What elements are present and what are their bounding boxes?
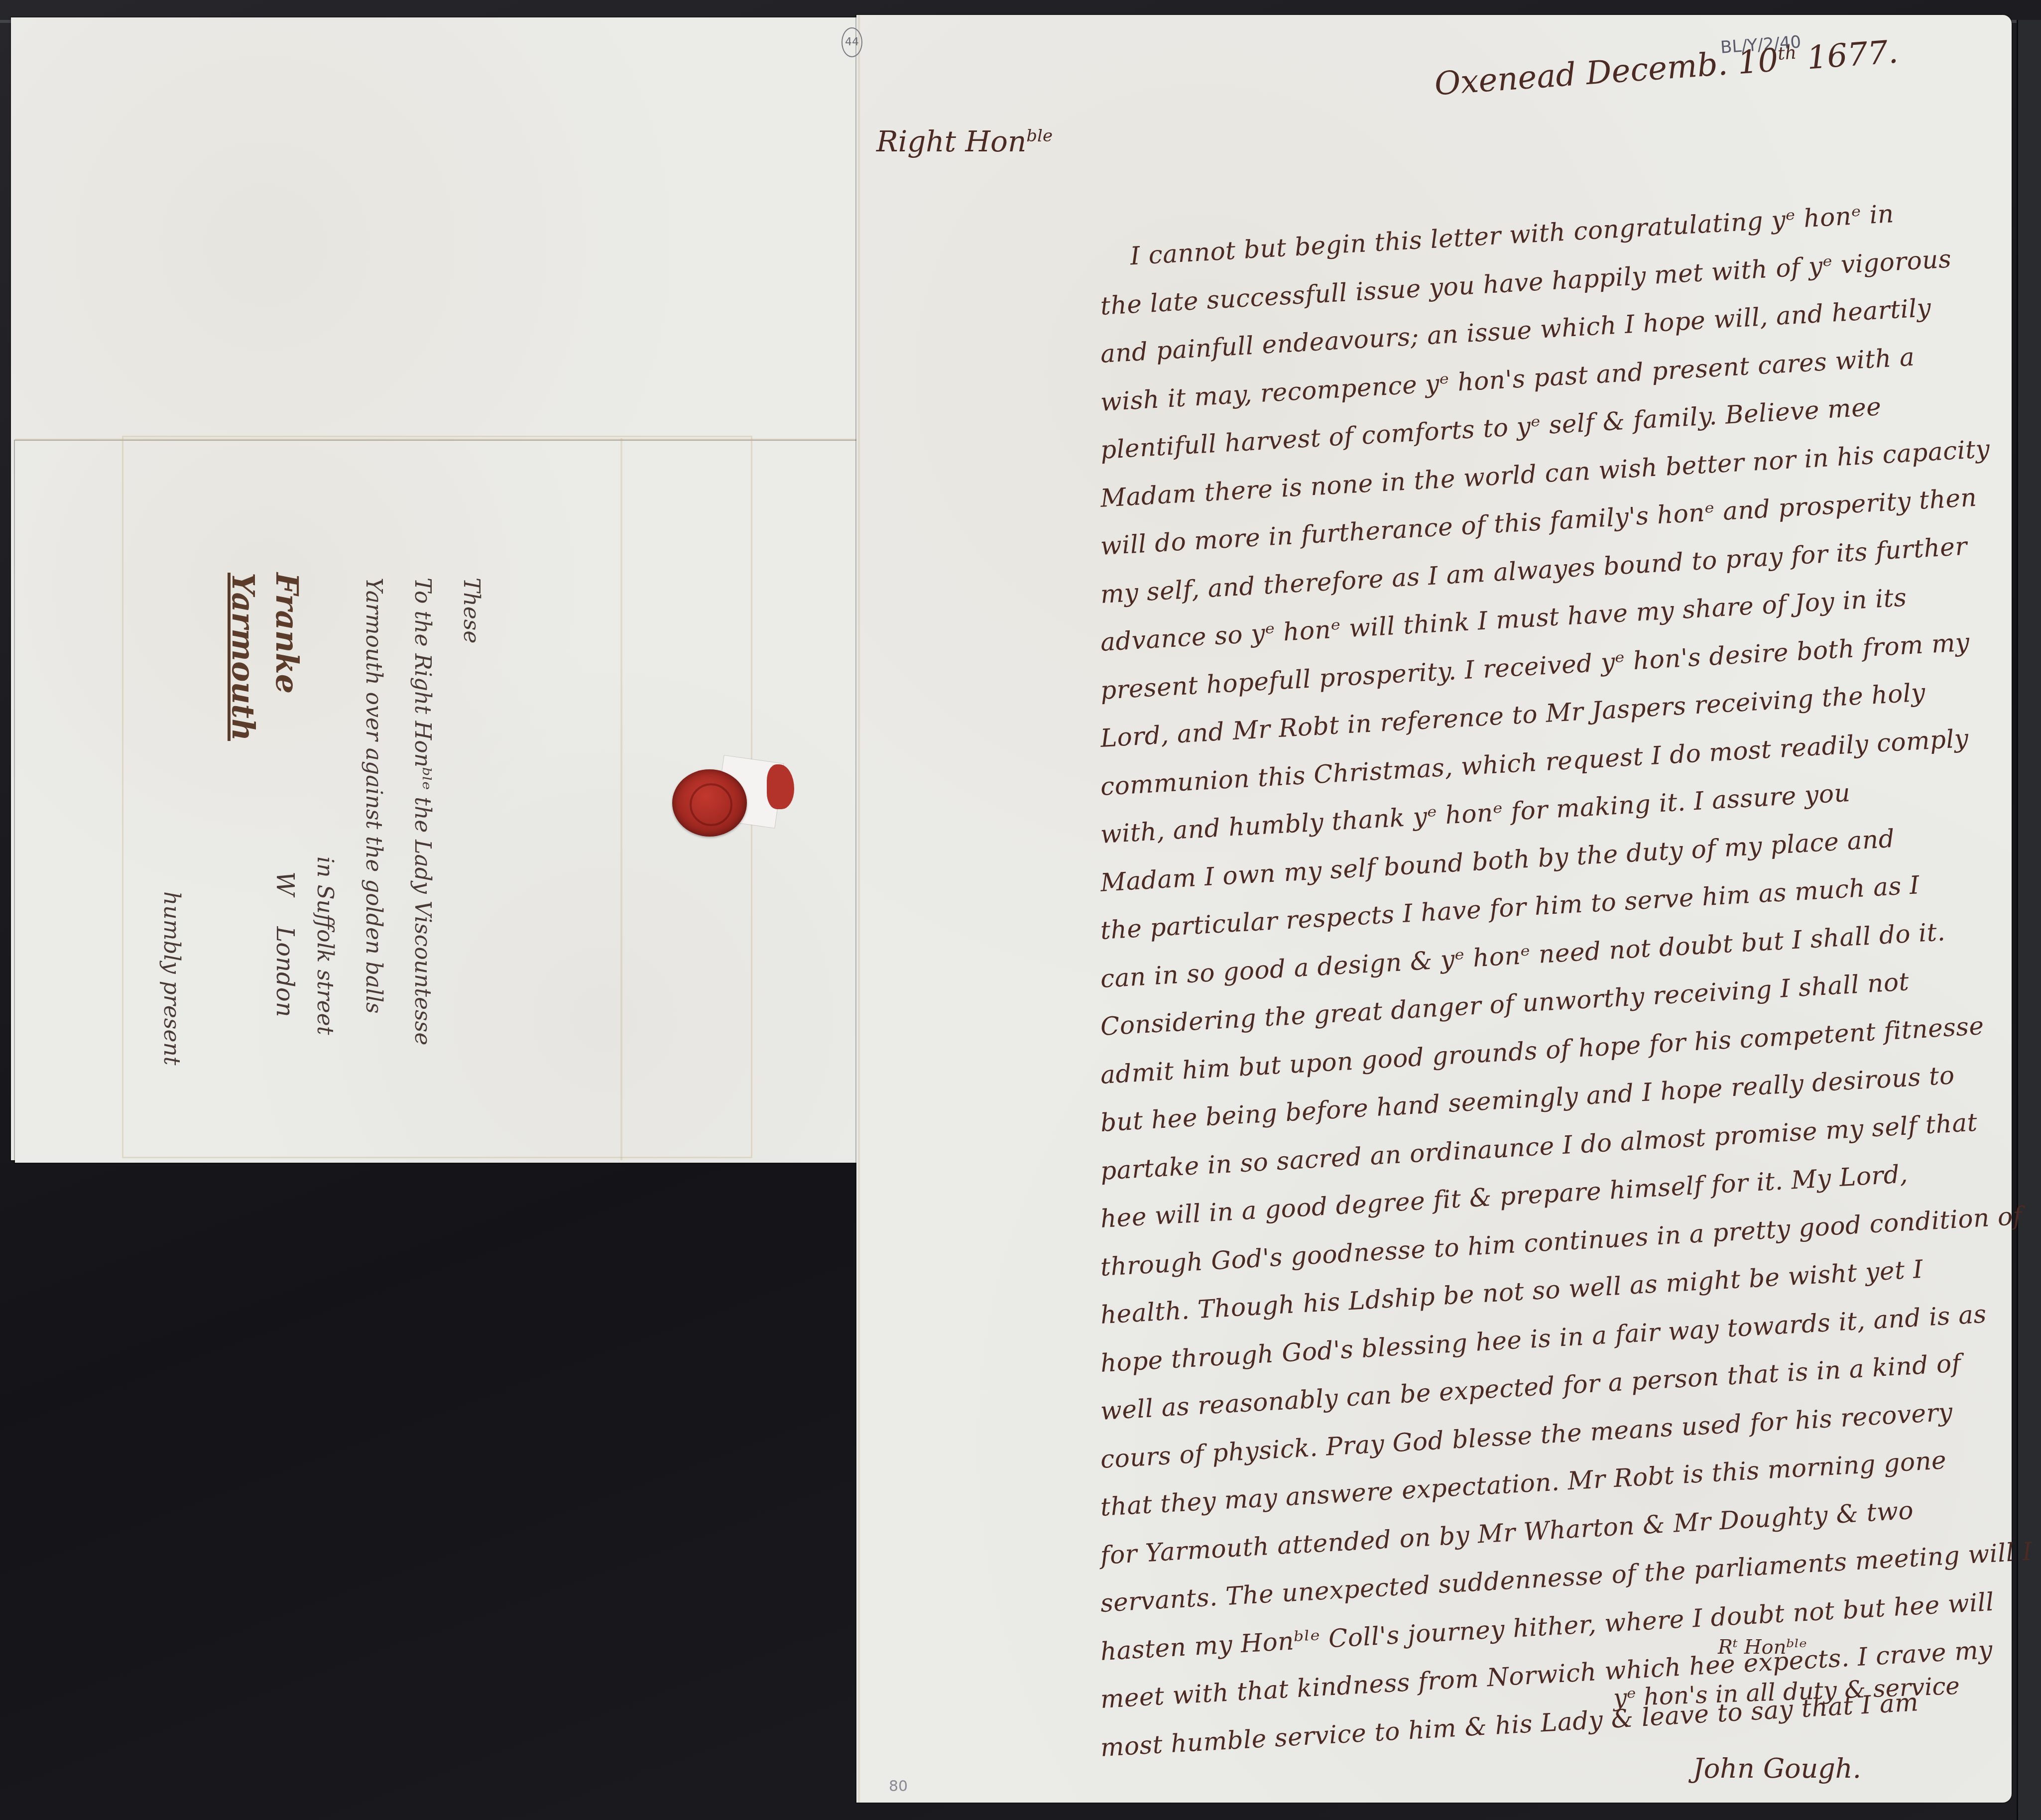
address-line: To the Right Honᵇˡᵉ the Lady Viscountess… <box>398 578 447 1045</box>
closing-honorific: Rᵗ Honᵇˡᵉ <box>1718 1636 1807 1659</box>
frank-signature: Franke Yarmouth <box>221 573 309 741</box>
address-block: These To the Right Honᵇˡᵉ the Lady Visco… <box>300 578 495 1045</box>
marginal-initial: W <box>271 871 299 896</box>
address-line: These <box>447 578 495 1045</box>
address-line: Yarmouth over against the golden balls <box>349 578 398 1045</box>
salutation-suffix: ble <box>1026 126 1053 146</box>
london-text: London <box>271 926 299 1017</box>
closing: Rᵗ Honᵇˡᵉ yᵉ hon's in all duty & service <box>1613 1678 1960 1706</box>
page-number: 80 <box>889 1778 908 1795</box>
signature: John Gough. <box>1693 1753 1861 1784</box>
wax-seal-icon <box>672 769 747 837</box>
sender-note: humbly present <box>159 891 184 1065</box>
frank-line: Franke <box>265 573 309 741</box>
salutation-text: Right Hon <box>876 124 1026 158</box>
gutter-fold <box>857 15 860 1803</box>
salutation: Right Honble <box>876 124 1053 158</box>
postal-note-london: W London <box>271 871 299 1017</box>
letter-body: I cannot but begin this letter with cong… <box>1100 234 1992 1772</box>
frank-line: Yarmouth <box>221 573 265 741</box>
folio-number: 44 <box>841 27 862 57</box>
dateline-day-suffix: th <box>1777 42 1797 64</box>
dateline-year: 1677. <box>1805 34 1899 77</box>
vertical-fold-line <box>620 438 623 1160</box>
